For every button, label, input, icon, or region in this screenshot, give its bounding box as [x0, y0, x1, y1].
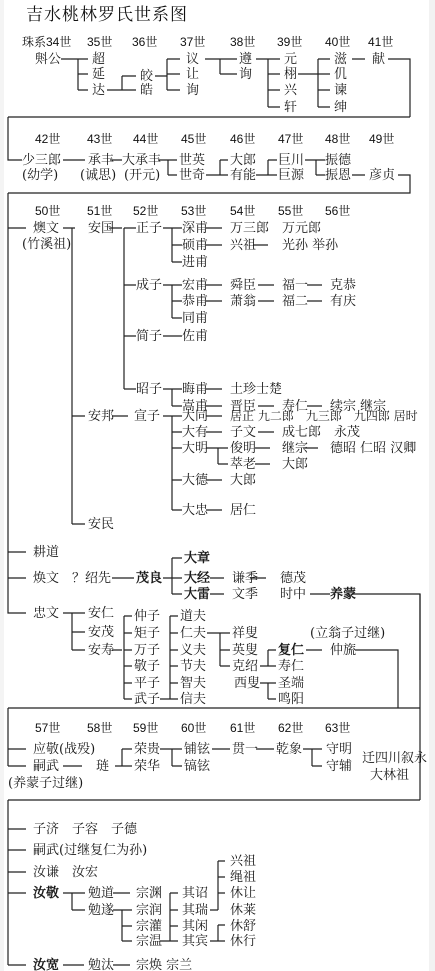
person-node: 复仁: [278, 643, 304, 658]
person-node: 汝谦 汝宏: [33, 865, 98, 880]
generation-label: 42世: [35, 130, 60, 147]
person-node: 兴祖: [230, 854, 256, 869]
generation-label: 41世: [368, 33, 393, 50]
person-node: 子济 子容 子德: [33, 822, 137, 837]
person-node: 巨川: [278, 153, 304, 168]
person-node: ？绍先: [72, 571, 111, 586]
generation-label: 52世: [133, 202, 158, 219]
generation-label: 37世: [180, 33, 205, 50]
generation-label: 55世: [278, 202, 303, 219]
person-note: (诚思): [80, 168, 116, 183]
person-node: 智夫: [180, 676, 206, 691]
person-node: 安国: [88, 221, 114, 236]
person-node: 振德: [325, 153, 351, 168]
person-node: 其瑞: [182, 903, 208, 918]
generation-label: 57世: [35, 719, 60, 736]
person-node: 大雷: [184, 587, 210, 602]
person-node: 询: [186, 83, 199, 98]
person-node: 土珍士楚: [230, 382, 282, 397]
person-node: 时中: [280, 587, 306, 602]
person-node: 武子: [134, 692, 160, 707]
person-node: 镐铉: [184, 759, 210, 774]
person-node: 文季: [232, 587, 258, 602]
person-node: 其诏: [182, 886, 208, 901]
person-note: (幼学): [22, 168, 58, 183]
generation-label: 49世: [369, 130, 394, 147]
person-node: 汝敬: [33, 886, 59, 901]
person-node: 延: [92, 67, 105, 82]
person-node: 超: [92, 52, 105, 67]
person-node: 宗灌: [136, 919, 162, 934]
person-node: 大明: [182, 441, 208, 456]
person-node: 硕甫: [182, 238, 208, 253]
person-node: 英叟: [232, 643, 258, 658]
person-node: 俊明: [230, 441, 256, 456]
person-node: 焕文: [33, 571, 59, 586]
person-node: 嗣武(过继复仁为孙): [33, 843, 147, 858]
person-node: 成子: [136, 278, 162, 293]
generation-label: 53世: [181, 202, 206, 219]
person-node: 安寿: [88, 643, 114, 658]
person-node: 荣华: [134, 759, 160, 774]
person-node: 遵: [239, 52, 252, 67]
generation-label: 40世: [325, 33, 350, 50]
generation-label: 39世: [277, 33, 302, 50]
person-node: 绳祖: [230, 870, 256, 885]
person-node: 信夫: [180, 692, 206, 707]
person-node: 燠文: [33, 221, 59, 236]
person-node: 仉: [334, 67, 347, 82]
generation-label: 47世: [278, 130, 303, 147]
person-node: 其闲: [182, 919, 208, 934]
person-node: 少三郎: [22, 153, 61, 168]
person-node: 萃老: [230, 457, 256, 472]
person-node: 巨源: [278, 168, 304, 183]
person-node: 谦季: [232, 571, 258, 586]
person-node: 耕道: [33, 545, 59, 560]
person-node: 皎: [140, 69, 153, 84]
person-node: 西叟: [234, 676, 260, 691]
person-node: 栩: [284, 67, 297, 82]
person-node: 世英: [179, 153, 205, 168]
person-node: 进甫: [182, 255, 208, 270]
person-node: 昭子: [136, 382, 162, 397]
migration-note: 大林祖: [362, 768, 409, 783]
person-node: 克绍: [232, 659, 258, 674]
person-node: 大忠: [182, 503, 208, 518]
person-node: 世奇: [179, 168, 205, 183]
generation-label: 60世: [181, 719, 206, 736]
person-node: 勉道: [88, 886, 114, 901]
person-node: 大德: [182, 473, 208, 488]
person-node: 乾象: [276, 742, 302, 757]
person-node: 平子: [134, 676, 160, 691]
person-node: 恭甫: [182, 294, 208, 309]
person-node: 达: [92, 83, 105, 98]
person-node: 让: [186, 67, 199, 82]
generation-label: 56世: [325, 202, 350, 219]
person-node: 宣子: [134, 409, 160, 424]
right-scrollbar-track[interactable]: [429, 0, 435, 971]
person-node: 德昭 仁昭 汉卿: [330, 441, 416, 456]
person-node: 献: [372, 52, 385, 67]
person-node: 光孙 举孙: [282, 238, 338, 253]
person-node: 滋: [334, 52, 347, 67]
person-node: 仲子: [134, 609, 160, 624]
person-node: 大承丰: [122, 153, 161, 168]
person-node: 铺铉: [184, 742, 210, 757]
person-node: 大郎: [282, 457, 308, 472]
person-node: 休行: [230, 934, 256, 949]
person-node: 应敬(战殁): [33, 742, 95, 757]
generation-label: 61世: [230, 719, 255, 736]
person-node: 大同: [182, 409, 208, 424]
person-node: 宗焕 宗兰: [136, 958, 192, 971]
person-node: 宗温: [136, 934, 162, 949]
person-node: 安茂: [88, 625, 114, 640]
person-node: 仲旒: [330, 643, 356, 658]
person-node: 正子: [136, 221, 162, 236]
person-node: 节夫: [180, 659, 206, 674]
generation-label: 59世: [133, 719, 158, 736]
person-node: 大章: [184, 551, 210, 566]
person-node: 仁夫: [180, 626, 206, 641]
person-node: 宏甫: [182, 278, 208, 293]
person-node: 同甫: [182, 311, 208, 326]
person-note: (立翁子过继): [310, 626, 385, 641]
person-node: 晦甫: [182, 382, 208, 397]
person-node: 贯一: [232, 742, 258, 757]
person-node: 万元郎: [282, 221, 321, 236]
person-node: 舜臣: [230, 278, 256, 293]
generation-label: 62世: [278, 719, 303, 736]
person-node: 守明: [326, 742, 352, 757]
generation-label: 46世: [230, 130, 255, 147]
person-node: 皓: [140, 83, 153, 98]
person-node: 琏: [96, 759, 109, 774]
person-node: 万子: [134, 643, 160, 658]
person-node: 简子: [136, 329, 162, 344]
person-node: 义夫: [180, 643, 206, 658]
person-node: 休莱: [230, 903, 256, 918]
generation-label: 58世: [87, 719, 112, 736]
person-node: 茂良: [136, 571, 162, 586]
page-title: 吉水桃林罗氏世系图: [26, 0, 188, 25]
person-node: 德茂: [280, 571, 306, 586]
person-node: 汝宽: [33, 958, 59, 971]
person-node: 子文: [230, 425, 256, 440]
person-node: 敬子: [134, 659, 160, 674]
generation-label: 48世: [325, 130, 350, 147]
person-note: (竹溪祖): [22, 237, 71, 252]
person-node: 宗润: [136, 903, 162, 918]
person-node: 佐甫: [182, 329, 208, 344]
person-node: 万三郎: [230, 221, 269, 236]
person-node: 兴祖: [230, 238, 256, 253]
person-node: 绅: [334, 100, 347, 115]
person-node: 宗渊: [136, 886, 162, 901]
generation-label: 50世: [35, 202, 60, 219]
person-node: 圣端: [278, 676, 304, 691]
person-node: 其宾: [182, 934, 208, 949]
person-node: 元: [284, 52, 297, 67]
person-node: 深甫: [182, 221, 208, 236]
person-node: 福一: [282, 278, 308, 293]
person-note: (养蒙子过继): [8, 776, 83, 791]
person-node: 嗣武: [33, 759, 59, 774]
left-margin: [0, 0, 4, 971]
person-node: 有能: [230, 168, 256, 183]
person-node: 鸣阳: [278, 692, 304, 707]
person-node: 福二: [282, 294, 308, 309]
genealogy-chart: 吉水桃林罗氏世系图: [0, 0, 435, 971]
person-node: 养蒙: [330, 587, 356, 602]
person-node: 道夫: [180, 609, 206, 624]
person-node: 议: [186, 52, 199, 67]
person-node: 克恭: [330, 278, 356, 293]
person-node: 安邦: [88, 409, 114, 424]
generation-label: 51世: [87, 202, 112, 219]
person-node: 大郎: [230, 473, 256, 488]
migration-note: 迁四川叙永: [362, 751, 427, 766]
person-node: 守辅: [326, 759, 352, 774]
person-node: 忠文: [33, 606, 59, 621]
generation-label: 38世: [230, 33, 255, 50]
person-node: 大经: [184, 571, 210, 586]
person-node: 休舒: [230, 919, 256, 934]
generation-label: 珠系34世: [22, 33, 71, 50]
generation-label: 63世: [325, 719, 350, 736]
generation-label: 45世: [181, 130, 206, 147]
generation-label: 43世: [87, 130, 112, 147]
person-node: 轩: [284, 100, 297, 115]
person-node: 休让: [230, 886, 256, 901]
person-node: 振恩: [325, 168, 351, 183]
person-node: 大郎: [230, 153, 256, 168]
person-node: 斞公: [35, 52, 61, 67]
person-node: 荣贵: [134, 742, 160, 757]
person-note: (开元): [124, 168, 160, 183]
person-node: 勉遂: [88, 903, 114, 918]
generation-label: 36世: [132, 33, 157, 50]
person-node: 祥叟: [232, 626, 258, 641]
person-node: 居正 九二郎 九三郎 九四郎 居时: [230, 409, 418, 424]
person-node: 安仁: [88, 606, 114, 621]
person-node: 兴: [284, 83, 297, 98]
person-node: 居仁: [230, 503, 256, 518]
person-node: 萧翁: [230, 294, 256, 309]
person-node: 勉汰: [88, 958, 114, 971]
person-node: 有庆: [330, 294, 356, 309]
person-node: 谏: [334, 83, 347, 98]
person-node: 寿仁: [278, 659, 304, 674]
generation-label: 35世: [87, 33, 112, 50]
generation-label: 54世: [230, 202, 255, 219]
person-node: 安民: [88, 517, 114, 532]
person-node: 大有: [182, 425, 208, 440]
person-node: 矩子: [134, 626, 160, 641]
person-node: 继宗: [282, 441, 308, 456]
person-node: 彦贞: [369, 168, 395, 183]
generation-label: 44世: [133, 130, 158, 147]
person-node: 承丰: [88, 153, 114, 168]
person-node: 成七郎 永茂: [282, 425, 360, 440]
person-node: 询: [239, 67, 252, 82]
